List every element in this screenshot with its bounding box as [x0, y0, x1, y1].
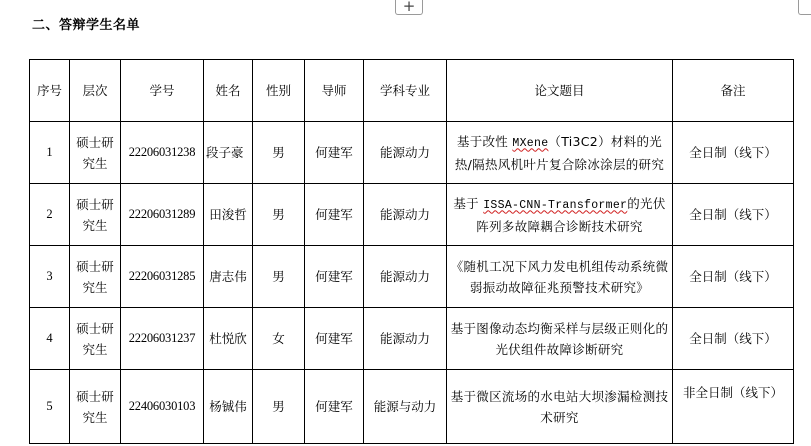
- row-gender: 男: [253, 370, 305, 444]
- table-row: 4 硕士研究生 22206031237 杜悦欣 女 何建军 能源动力 基于图像动…: [30, 308, 794, 370]
- table-row: 1 硕士研究生 22206031238 段子豪 男 何建军 能源动力 基于改性 …: [30, 122, 794, 184]
- row-advisor: 何建军: [305, 246, 364, 308]
- row-level: 硕士研究生: [70, 246, 121, 308]
- spellcheck-word: ISSA-CNN-Transformer: [483, 199, 627, 212]
- row-advisor: 何建军: [305, 308, 364, 370]
- row-student-id: 22406030103: [121, 370, 204, 444]
- header-name: 姓名: [204, 60, 253, 122]
- row-thesis-title: 《随机工况下风力发电机组传动系统微弱振动故障征兆预警技术研究》: [447, 246, 673, 308]
- student-roster-table: 序号 层次 学号 姓名 性别 导师 学科专业 论文题目 备注 1 硕士研究生 2…: [29, 59, 794, 444]
- row-student-id: 22206031237: [121, 308, 204, 370]
- row-major: 能源动力: [364, 308, 447, 370]
- row-student-id: 22206031289: [121, 184, 204, 246]
- row-index: 5: [30, 370, 70, 444]
- table-row: 5 硕士研究生 22406030103 杨铖伟 男 何建军 能源与动力 基于微区…: [30, 370, 794, 444]
- row-thesis-title: 基于 ISSA-CNN-Transformer的光伏阵列多故障耦合诊断技术研究: [447, 184, 673, 246]
- row-major: 能源与动力: [364, 370, 447, 444]
- row-level: 硕士研究生: [70, 184, 121, 246]
- header-gender: 性别: [253, 60, 305, 122]
- row-gender: 男: [253, 184, 305, 246]
- header-thesis-title: 论文题目: [447, 60, 673, 122]
- row-level: 硕士研究生: [70, 308, 121, 370]
- row-note: 全日制（线下）: [673, 308, 794, 370]
- row-index: 3: [30, 246, 70, 308]
- corner-handle-button[interactable]: [798, 0, 811, 15]
- row-major: 能源动力: [364, 122, 447, 184]
- row-level: 硕士研究生: [70, 122, 121, 184]
- add-button[interactable]: +: [395, 0, 423, 15]
- header-advisor: 导师: [305, 60, 364, 122]
- row-gender: 女: [253, 308, 305, 370]
- row-advisor: 何建军: [305, 184, 364, 246]
- row-index: 1: [30, 122, 70, 184]
- row-name: 唐志伟: [204, 246, 253, 308]
- row-advisor: 何建军: [305, 122, 364, 184]
- row-thesis-title: 基于图像动态均衡采样与层级正则化的光伏组件故障诊断研究: [447, 308, 673, 370]
- row-index: 2: [30, 184, 70, 246]
- header-note: 备注: [673, 60, 794, 122]
- row-name: 杜悦欣: [204, 308, 253, 370]
- row-level: 硕士研究生: [70, 370, 121, 444]
- table-header-row: 序号 层次 学号 姓名 性别 导师 学科专业 论文题目 备注: [30, 60, 794, 122]
- row-note: 全日制（线下）: [673, 246, 794, 308]
- section-title: 二、答辩学生名单: [32, 14, 140, 33]
- row-note: 全日制（线下）: [673, 122, 794, 184]
- row-major: 能源动力: [364, 184, 447, 246]
- spellcheck-word: MXene: [512, 137, 548, 150]
- table-row: 3 硕士研究生 22206031285 唐志伟 男 何建军 能源动力 《随机工况…: [30, 246, 794, 308]
- row-note: 全日制（线下）: [673, 184, 794, 246]
- row-thesis-title: 基于改性 MXene（Ti3C2）材料的光热/隔热风机叶片复合除冰涂层的研究: [447, 122, 673, 184]
- header-level: 层次: [70, 60, 121, 122]
- plus-icon: +: [403, 0, 416, 14]
- row-advisor: 何建军: [305, 370, 364, 444]
- row-name: 段子豪: [204, 122, 253, 184]
- row-student-id: 22206031238: [121, 122, 204, 184]
- row-index: 4: [30, 308, 70, 370]
- row-gender: 男: [253, 246, 305, 308]
- row-thesis-title: 基于微区流场的水电站大坝渗漏检测技术研究: [447, 370, 673, 444]
- row-note: 非全日制（线下）: [673, 370, 794, 444]
- header-major: 学科专业: [364, 60, 447, 122]
- row-gender: 男: [253, 122, 305, 184]
- row-major: 能源动力: [364, 246, 447, 308]
- table-row: 2 硕士研究生 22206031289 田浚哲 男 何建军 能源动力 基于 IS…: [30, 184, 794, 246]
- header-index: 序号: [30, 60, 70, 122]
- header-student-id: 学号: [121, 60, 204, 122]
- row-name: 杨铖伟: [204, 370, 253, 444]
- row-student-id: 22206031285: [121, 246, 204, 308]
- row-name: 田浚哲: [204, 184, 253, 246]
